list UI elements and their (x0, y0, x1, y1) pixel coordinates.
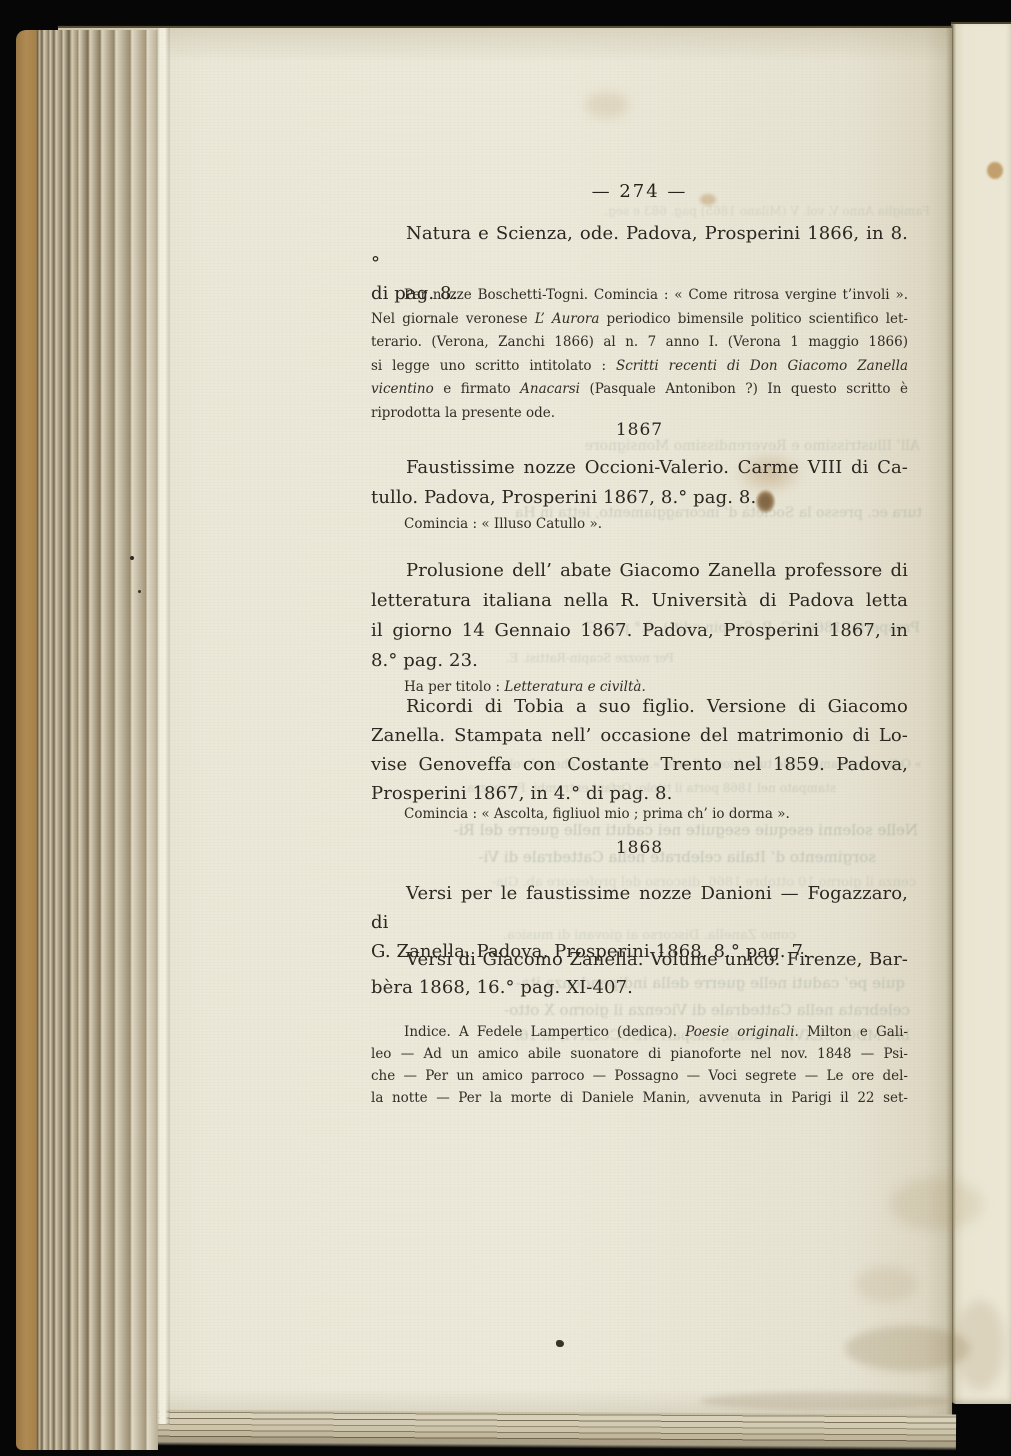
text-run: Comincia : « Ascolta, figliuol mio ; pri… (404, 806, 790, 822)
text-run: vise Genoveffa con Costante Trento nel 1… (371, 754, 908, 775)
text-line: Natura e Scienza, ode. Padova, Prosperin… (371, 219, 908, 279)
text-run: Nel giornale veronese (371, 311, 535, 327)
text-line: che — Per un amico parroco — Possagno — … (371, 1065, 908, 1087)
text-line: Versi per le faustissime nozze Danioni —… (371, 879, 908, 937)
note-ricordi-di-tobia: Comincia : « Ascolta, figliuol mio ; pri… (371, 803, 908, 827)
entry-prolusione: Prolusione dell’ abate Giacomo Zanella p… (371, 556, 908, 676)
italic-run: L’ Aurora (535, 311, 600, 327)
text-line: tullo. Padova, Prosperini 1867, 8.° pag.… (371, 483, 908, 513)
text-line: il giorno 14 Gennaio 1867. Padova, Prosp… (371, 616, 908, 646)
text-run: che — Per un amico parroco — Possagno — … (371, 1068, 908, 1084)
text-line: terario. (Verona, Zanchi 1866) al n. 7 a… (371, 331, 908, 355)
page-crease (156, 28, 170, 1424)
year-heading-1868: 1868 (371, 838, 908, 858)
italic-run: vicentino (371, 381, 434, 397)
year-heading-1867: 1867 (371, 420, 908, 440)
text-run: terario. (Verona, Zanchi 1866) al n. 7 a… (371, 334, 908, 350)
text-line: Versi di Giacomo Zanella. Volume unico. … (371, 946, 908, 974)
text-run: letteratura italiana nella R. Università… (371, 590, 908, 611)
text-line: si legge uno scritto intitolato : Scritt… (371, 355, 908, 379)
left-page-stack-edges (16, 30, 158, 1450)
text-line: Indice. A Fedele Lampertico (dedica). Po… (371, 1021, 908, 1043)
text-run: Ricordi di Tobia a suo figlio. Versione … (406, 696, 908, 717)
italic-run: Anacarsi (520, 381, 580, 397)
text-line: Ricordi di Tobia a suo figlio. Versione … (371, 692, 908, 721)
note-indice: Indice. A Fedele Lampertico (dedica). Po… (371, 1021, 908, 1109)
italic-run: Scritti recenti di Don Giacomo Zanella (616, 358, 908, 374)
note-faustissime-nozze: Comincia : « Illuso Catullo ». (371, 513, 908, 537)
text-run: e firmato (434, 381, 520, 397)
text-run: la notte — Per la morte di Daniele Manin… (371, 1090, 908, 1106)
text-run: Versi per le faustissime nozze Danioni —… (371, 883, 908, 933)
text-run: Versi di Giacomo Zanella. Volume unico. … (406, 949, 908, 970)
text-run: bèra 1868, 16.° pag. XI-407. (371, 977, 633, 998)
text-line: Prolusione dell’ abate Giacomo Zanella p… (371, 556, 908, 586)
ghost-text-line: All’ Illustrissimo e Reverendissimo Mons… (560, 438, 920, 454)
text-run: Zanella. Stampata nell’ occasione del ma… (371, 725, 908, 746)
text-run: Prolusione dell’ abate Giacomo Zanella p… (406, 560, 908, 581)
bottom-page-stack-edges (120, 1409, 956, 1454)
entry-versi-volume-unico: Versi di Giacomo Zanella. Volume unico. … (371, 946, 908, 1002)
text-run: si legge uno scritto intitolato : (371, 358, 616, 374)
ghost-text-line: celebrata nella Cattedrale di Vicenza il… (385, 1001, 910, 1019)
text-line: 8.° pag. 23. (371, 646, 908, 676)
text-run: il giorno 14 Gennaio 1867. Padova, Prosp… (371, 620, 908, 641)
book-scan: Famiglia Anno V, vol. V (Milano 1865) pa… (0, 0, 1011, 1456)
entry-ricordi-di-tobia: Ricordi di Tobia a suo figlio. Versione … (371, 692, 908, 808)
text-line: vise Genoveffa con Costante Trento nel 1… (371, 750, 908, 779)
text-line: letteratura italiana nella R. Università… (371, 586, 908, 616)
text-line: la notte — Per la morte di Daniele Manin… (371, 1087, 908, 1109)
text-run: Natura e Scienza, ode. Padova, Prosperin… (371, 223, 908, 274)
text-run: periodico bimensile politico scientifico… (599, 311, 908, 327)
text-run: Per nozze Boschetti-Togni. Comincia : « … (404, 287, 908, 303)
text-run: (Pasquale Antonibon ?) In questo scritto… (580, 381, 908, 397)
page-number: — 274 — (371, 181, 908, 202)
text-run: Prosperini 1867, in 4.° di pag. 8. (371, 783, 672, 804)
text-run: Faustissime nozze Occioni-Valerio. Carme… (406, 457, 908, 478)
text-run: riprodotta la presente ode. (371, 405, 555, 421)
text-line: Nel giornale veronese L’ Aurora periodic… (371, 308, 908, 332)
text-run: tullo. Padova, Prosperini 1867, 8.° pag.… (371, 487, 756, 508)
text-run: Milton e Gali- (799, 1024, 908, 1040)
italic-run: Poesie originali. (685, 1024, 799, 1040)
ghost-text-line: Famiglia Anno V, vol. V (Milano 1865) pa… (600, 204, 930, 218)
next-page-edge (951, 22, 1011, 1404)
text-line: Zanella. Stampata nell’ occasione del ma… (371, 721, 908, 750)
text-run: Indice. A Fedele Lampertico (dedica). (404, 1024, 685, 1040)
note-natura-e-scienza: Per nozze Boschetti-Togni. Comincia : « … (371, 284, 908, 425)
text-line: Comincia : « Ascolta, figliuol mio ; pri… (371, 803, 908, 827)
entry-faustissime-nozze: Faustissime nozze Occioni-Valerio. Carme… (371, 453, 908, 513)
text-run: Comincia : « Illuso Catullo ». (404, 516, 602, 532)
text-line: vicentino e firmato Anacarsi (Pasquale A… (371, 378, 908, 402)
text-line: Faustissime nozze Occioni-Valerio. Carme… (371, 453, 908, 483)
text-line: bèra 1868, 16.° pag. XI-407. (371, 974, 908, 1002)
text-line: leo — Ad un amico abile suonatore di pia… (371, 1043, 908, 1065)
text-run: leo — Ad un amico abile suonatore di pia… (371, 1046, 908, 1062)
text-run: 8.° pag. 23. (371, 650, 478, 671)
text-line: Comincia : « Illuso Catullo ». (371, 513, 908, 537)
text-line: Per nozze Boschetti-Togni. Comincia : « … (371, 284, 908, 308)
